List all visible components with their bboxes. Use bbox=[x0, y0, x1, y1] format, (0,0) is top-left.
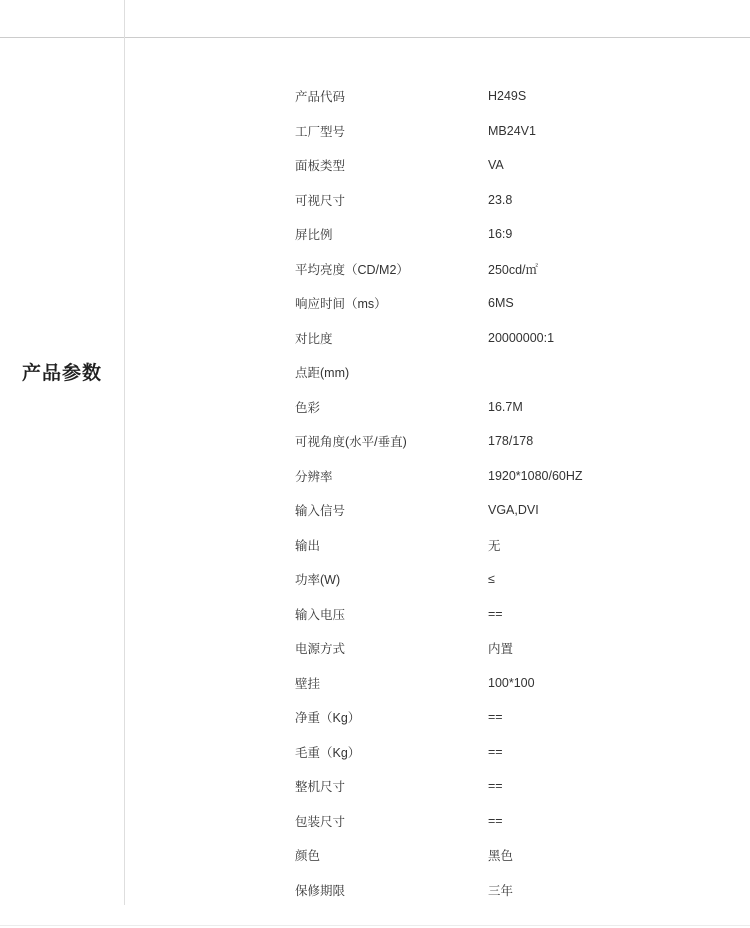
spec-value: == bbox=[488, 814, 503, 828]
spec-label: 分辨率 bbox=[295, 467, 488, 485]
spec-label: 工厂型号 bbox=[295, 122, 488, 140]
spec-label: 可视尺寸 bbox=[295, 191, 488, 209]
vertical-divider-line bbox=[124, 0, 125, 905]
spec-label: 壁挂 bbox=[295, 674, 488, 692]
spec-label: 整机尺寸 bbox=[295, 777, 488, 795]
spec-label: 保修期限 bbox=[295, 881, 488, 899]
spec-value: == bbox=[488, 779, 503, 793]
spec-label: 屏比例 bbox=[295, 225, 488, 243]
spec-value: VGA,DVI bbox=[488, 503, 539, 517]
spec-label: 响应时间（ms） bbox=[295, 294, 488, 312]
spec-row-response-time: 响应时间（ms） 6MS bbox=[295, 286, 735, 321]
spec-row-wall-mount: 壁挂 100*100 bbox=[295, 666, 735, 701]
spec-value: ≤ bbox=[488, 572, 495, 586]
spec-row-visible-size: 可视尺寸 23.8 bbox=[295, 183, 735, 218]
spec-value: 16.7M bbox=[488, 400, 523, 414]
spec-row-colors: 色彩 16.7M bbox=[295, 390, 735, 425]
spec-row-product-code: 产品代码 H249S bbox=[295, 79, 735, 114]
spec-label: 功率(W) bbox=[295, 570, 488, 588]
spec-label: 对比度 bbox=[295, 329, 488, 347]
spec-value: 16:9 bbox=[488, 227, 512, 241]
spec-label: 点距(mm) bbox=[295, 363, 488, 381]
spec-label: 输入信号 bbox=[295, 501, 488, 519]
product-spec-page: 产品参数 产品代码 H249S 工厂型号 MB24V1 面板类型 VA 可视尺寸… bbox=[0, 0, 750, 928]
spec-row-power-supply: 电源方式 内置 bbox=[295, 631, 735, 666]
spec-label: 毛重（Kg） bbox=[295, 743, 488, 761]
spec-row-power: 功率(W) ≤ bbox=[295, 562, 735, 597]
spec-value: 内置 bbox=[488, 639, 513, 657]
spec-label: 颜色 bbox=[295, 846, 488, 864]
spec-label: 面板类型 bbox=[295, 156, 488, 174]
spec-value: == bbox=[488, 745, 503, 759]
spec-label: 电源方式 bbox=[295, 639, 488, 657]
spec-value: 1920*1080/60HZ bbox=[488, 469, 583, 483]
spec-value: 无 bbox=[488, 536, 501, 554]
spec-row-output: 输出 无 bbox=[295, 528, 735, 563]
spec-value: 250cd/㎡ bbox=[488, 260, 538, 278]
spec-value: == bbox=[488, 710, 503, 724]
spec-row-brightness: 平均亮度（CD/M2） 250cd/㎡ bbox=[295, 252, 735, 287]
spec-label: 可视角度(水平/垂直) bbox=[295, 432, 488, 450]
spec-value: 三年 bbox=[488, 881, 513, 899]
spec-row-input-signal: 输入信号 VGA,DVI bbox=[295, 493, 735, 528]
spec-value: 6MS bbox=[488, 296, 514, 310]
spec-row-aspect-ratio: 屏比例 16:9 bbox=[295, 217, 735, 252]
spec-row-viewing-angle: 可视角度(水平/垂直) 178/178 bbox=[295, 424, 735, 459]
spec-row-net-weight: 净重（Kg） == bbox=[295, 700, 735, 735]
spec-row-color: 颜色 黑色 bbox=[295, 838, 735, 873]
spec-label: 色彩 bbox=[295, 398, 488, 416]
spec-value: 23.8 bbox=[488, 193, 512, 207]
spec-value: 178/178 bbox=[488, 434, 533, 448]
spec-value: 20000000:1 bbox=[488, 331, 554, 345]
spec-label: 净重（Kg） bbox=[295, 708, 488, 726]
spec-value: H249S bbox=[488, 89, 526, 103]
spec-value: VA bbox=[488, 158, 504, 172]
spec-label: 输出 bbox=[295, 536, 488, 554]
spec-label: 输入电压 bbox=[295, 605, 488, 623]
spec-row-package-dimensions: 包装尺寸 == bbox=[295, 804, 735, 839]
spec-row-dot-pitch: 点距(mm) bbox=[295, 355, 735, 390]
section-title: 产品参数 bbox=[22, 362, 102, 386]
spec-row-contrast: 对比度 20000000:1 bbox=[295, 321, 735, 356]
spec-row-warranty: 保修期限 三年 bbox=[295, 873, 735, 908]
spec-label: 包装尺寸 bbox=[295, 812, 488, 830]
spec-row-resolution: 分辨率 1920*1080/60HZ bbox=[295, 459, 735, 494]
spec-value: MB24V1 bbox=[488, 124, 536, 138]
spec-row-gross-weight: 毛重（Kg） == bbox=[295, 735, 735, 770]
bottom-divider-line bbox=[0, 925, 750, 926]
spec-row-input-voltage: 输入电压 == bbox=[295, 597, 735, 632]
spec-row-factory-model: 工厂型号 MB24V1 bbox=[295, 114, 735, 149]
spec-value: 黑色 bbox=[488, 846, 513, 864]
spec-label: 平均亮度（CD/M2） bbox=[295, 260, 488, 278]
top-divider-line bbox=[0, 37, 750, 38]
spec-row-panel-type: 面板类型 VA bbox=[295, 148, 735, 183]
spec-value: == bbox=[488, 607, 503, 621]
spec-value: 100*100 bbox=[488, 676, 535, 690]
spec-row-unit-dimensions: 整机尺寸 == bbox=[295, 769, 735, 804]
spec-table: 产品代码 H249S 工厂型号 MB24V1 面板类型 VA 可视尺寸 23.8… bbox=[295, 79, 735, 907]
spec-label: 产品代码 bbox=[295, 87, 488, 105]
